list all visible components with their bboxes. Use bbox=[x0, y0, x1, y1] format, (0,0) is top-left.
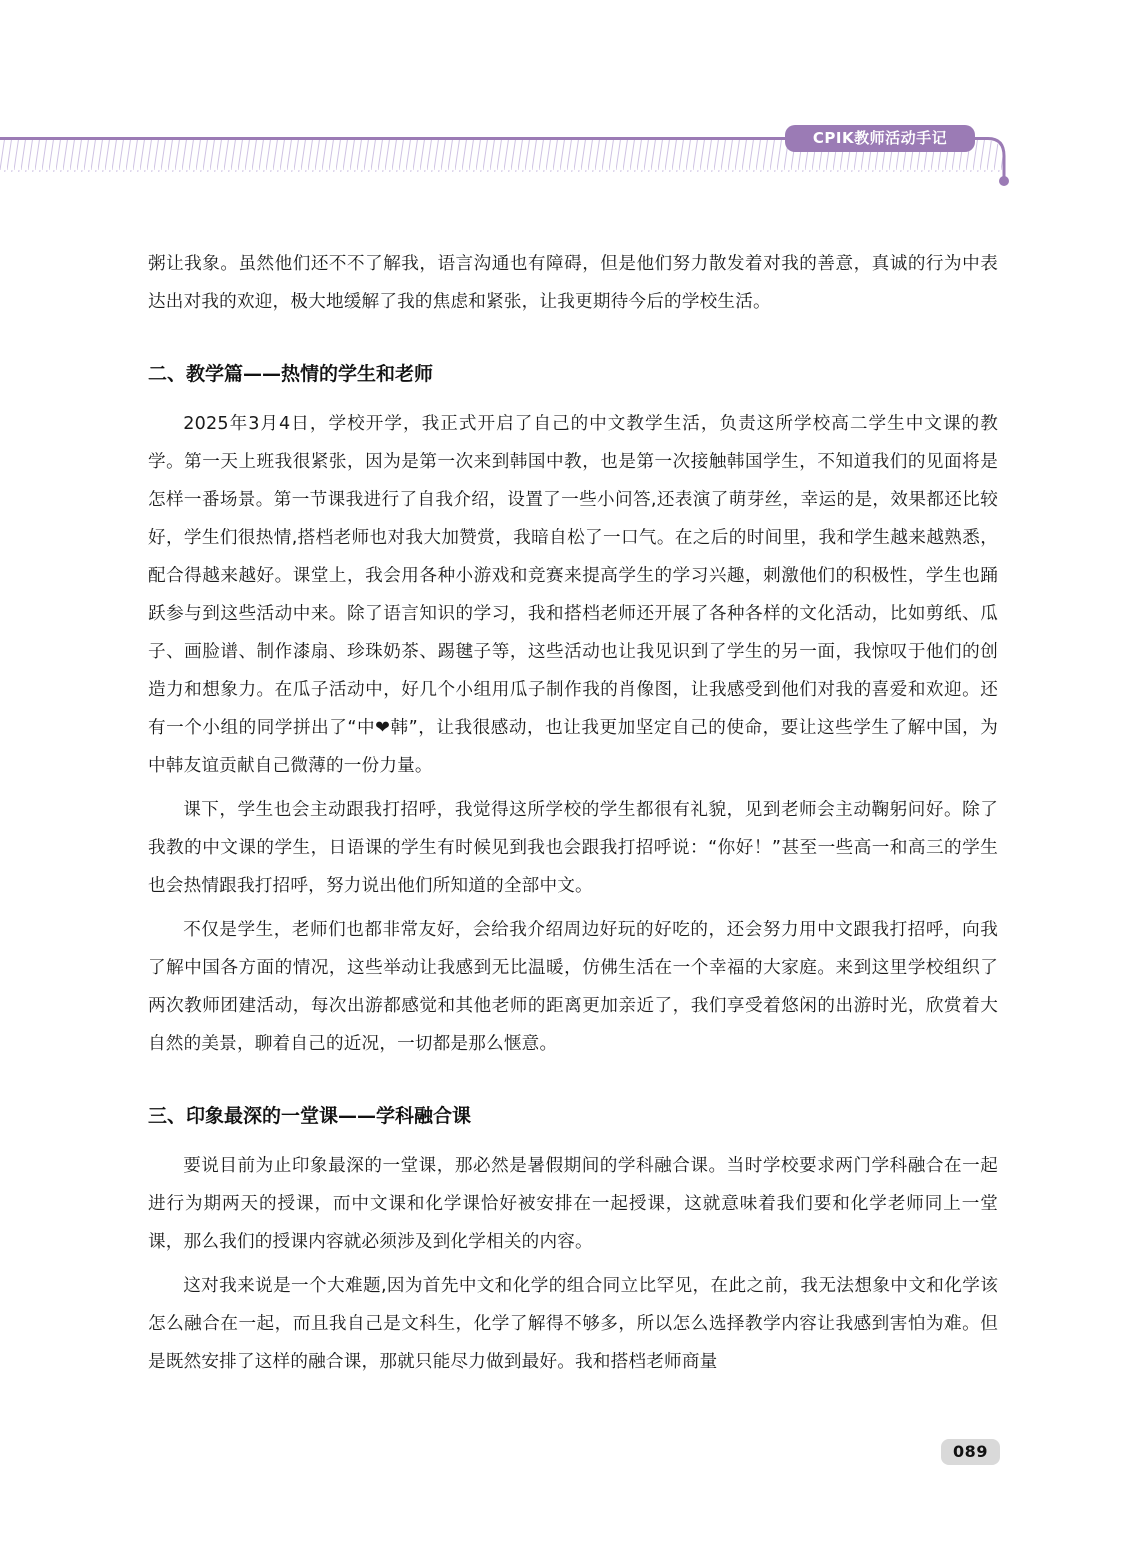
paragraph: 这对我来说是一个大难题,因为首先中文和化学的组合同立比罕见，在此之前，我无法想象… bbox=[148, 1267, 998, 1381]
paragraph: 课下，学生也会主动跟我打招呼，我觉得这所学校的学生都很有礼貌，见到老师会主动鞠躬… bbox=[148, 791, 998, 905]
paragraph: 2025年3月4日，学校开学，我正式开启了自己的中文教学生活，负责这所学校高二学… bbox=[148, 405, 998, 785]
paragraph: 不仅是学生，老师们也都非常友好，会给我介绍周边好玩的好吃的，还会努力用中文跟我打… bbox=[148, 911, 998, 1063]
section-heading-lesson: 三、印象最深的一堂课——学科融合课 bbox=[148, 1097, 998, 1135]
page-number: 089 bbox=[941, 1439, 1000, 1465]
article-body: 粥让我象。虽然他们还不不了解我，语言沟通也有障碍，但是他们努力散发着对我的善意，… bbox=[148, 245, 998, 1381]
header-title-badge: CPIK教师活动手记 bbox=[785, 125, 975, 152]
paragraph: 要说目前为止印象最深的一堂课，那必然是暑假期间的学科融合课。当时学校要求两门学科… bbox=[148, 1147, 998, 1261]
section-heading-teaching: 二、教学篇——热情的学生和老师 bbox=[148, 355, 998, 393]
continuation-paragraph: 粥让我象。虽然他们还不不了解我，语言沟通也有障碍，但是他们努力散发着对我的善意，… bbox=[148, 245, 998, 321]
